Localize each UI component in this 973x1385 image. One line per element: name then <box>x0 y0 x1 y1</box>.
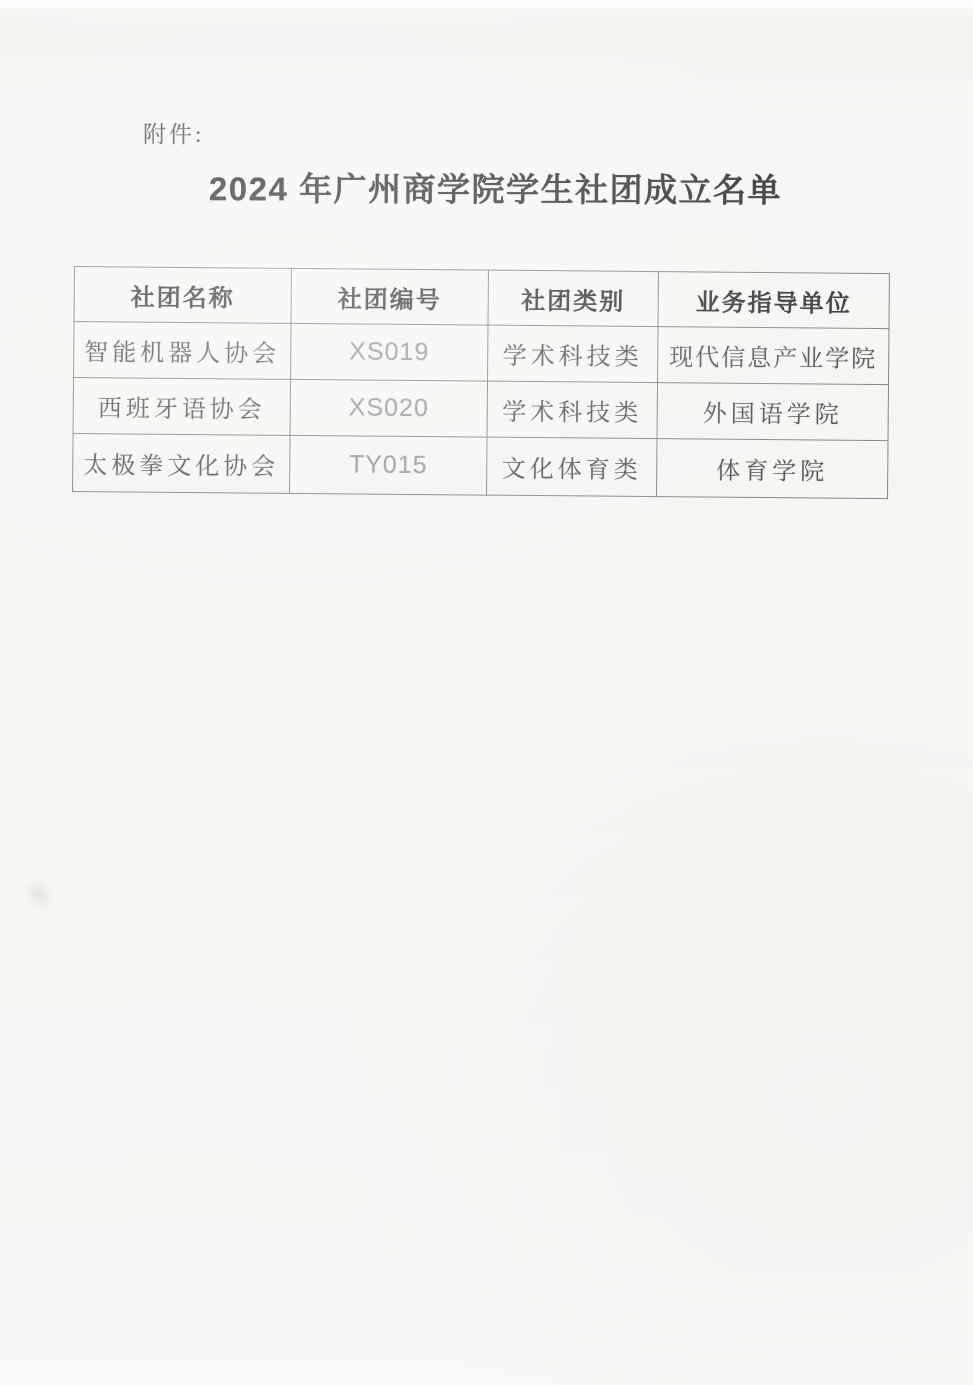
table-cell-club-name: 太极拳文化协会 <box>73 433 290 493</box>
column-header-guidance-unit: 业务指导单位 <box>658 272 889 329</box>
column-header-club-category: 社团类别 <box>488 270 658 326</box>
table-cell-club-name: 智能机器人协会 <box>74 322 291 380</box>
table-cell-club-number: XS019 <box>291 323 488 381</box>
table-cell-club-name: 西班牙语协会 <box>73 378 290 436</box>
table-cell-guidance-unit: 外国语学院 <box>657 383 888 441</box>
table-row: 智能机器人协会 XS019 学术科技类 现代信息产业学院 <box>74 322 889 385</box>
table-cell-club-category: 学术科技类 <box>487 381 657 438</box>
table-row: 西班牙语协会 XS020 学术科技类 外国语学院 <box>73 378 888 441</box>
clubs-table: 社团名称 社团编号 社团类别 业务指导单位 智能机器人协会 XS019 学术科技… <box>72 266 890 499</box>
column-header-club-name: 社团名称 <box>74 267 291 324</box>
document-title: 2024 年广州商学院学生社团成立名单 <box>18 163 973 213</box>
table-cell-club-number: XS020 <box>290 379 487 437</box>
document-page: 附件: 2024 年广州商学院学生社团成立名单 社团名称 社团编号 社团类别 业… <box>0 0 973 1385</box>
table-cell-guidance-unit: 现代信息产业学院 <box>658 327 889 385</box>
column-header-club-number: 社团编号 <box>291 268 488 325</box>
table-header-row: 社团名称 社团编号 社团类别 业务指导单位 <box>74 267 889 329</box>
table-row: 太极拳文化协会 TY015 文化体育类 体育学院 <box>73 433 888 498</box>
attachment-label: 附件: <box>143 116 204 149</box>
scan-smudge-artifact <box>14 867 65 922</box>
table-cell-guidance-unit: 体育学院 <box>657 439 888 499</box>
table-cell-club-category: 学术科技类 <box>488 325 658 382</box>
table-cell-club-number: TY015 <box>290 435 487 495</box>
clubs-table-container: 社团名称 社团编号 社团类别 业务指导单位 智能机器人协会 XS019 学术科技… <box>72 266 890 499</box>
table-cell-club-category: 文化体育类 <box>487 437 657 496</box>
